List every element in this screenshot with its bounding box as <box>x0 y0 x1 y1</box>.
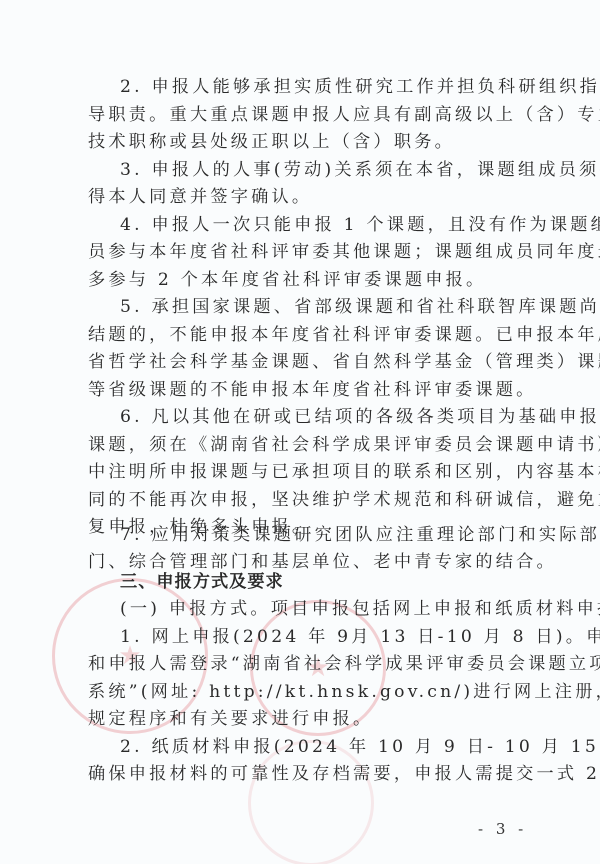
text-line: 同的不能再次申报，坚决维护学术规范和科研诚信，避免重 <box>88 489 520 511</box>
text-line: 员参与本年度省社科评审委其他课题；课题组成员同年度最 <box>88 241 520 263</box>
text-line: 4. 申报人一次只能申报 1 个课题，且没有作为课题组成 <box>120 214 520 236</box>
page-number: - 3 - <box>478 820 527 838</box>
document-page: ★ ★ 2. 申报人能够承担实质性研究工作并担负科研组织指 导职责。重大重点课题… <box>0 0 600 864</box>
text-line: 7. 应用对策类课题研究团队应注重理论部门和实际部 <box>120 524 520 546</box>
text-line: 1. 网上申报(2024 年 9月 13 日-10 月 8 日)。申报单位 <box>120 626 520 648</box>
text-line: 等省级课题的不能申报本年度省社科评审委课题。 <box>88 379 520 401</box>
text-line: 中注明所申报课题与已承担项目的联系和区别，内容基本相 <box>88 461 520 483</box>
text-line: 得本人同意并签字确认。 <box>88 186 520 208</box>
text-line: 确保申报材料的可靠性及存档需要，申报人需提交一式 2 份 <box>88 763 520 785</box>
section-heading: 三、申报方式及要求 <box>120 571 520 593</box>
text-line: 和申报人需登录“湖南省社会科学成果评审委员会课题立项 <box>88 653 520 675</box>
subsection-heading: (一) 申报方式。项目申报包括网上申报和纸质材料申报。 <box>120 598 520 620</box>
text-line: 课题，须在《湖南省社会科学成果评审委员会课题申请书》 <box>88 434 520 456</box>
text-line: 省哲学社会科学基金课题、省自然科学基金（管理类）课题 <box>88 351 520 373</box>
text-line: 多参与 2 个本年度省社科评审委课题申报。 <box>88 269 520 291</box>
text-line: 系统”(网址: http://kt.hnsk.gov.cn/)进行网上注册，按 <box>88 681 520 703</box>
text-line: 5. 承担国家课题、省部级课题和省社科联智库课题尚未 <box>120 296 520 318</box>
text-line: 规定程序和有关要求进行申报。 <box>88 708 520 730</box>
text-line: 3. 申报人的人事(劳动)关系须在本省，课题组成员须征 <box>120 159 520 181</box>
text-line: 结题的，不能申报本年度省社科评审委课题。已申报本年度 <box>88 324 520 346</box>
text-line: 2. 申报人能够承担实质性研究工作并担负科研组织指 <box>120 76 520 98</box>
text-line: 技术职称或县处级正职以上（含）职务。 <box>88 131 520 153</box>
text-line: 6. 凡以其他在研或已结项的各级各类项目为基础申报 <box>120 406 520 428</box>
text-line: 导职责。重大重点课题申报人应具有副高级以上（含）专业 <box>88 104 520 126</box>
text-line: 门、综合管理部门和基层单位、老中青专家的结合。 <box>88 551 520 573</box>
text-line: 2. 纸质材料申报(2024 年 10 月 9 日- 10 月 15 日)。为 <box>120 736 520 758</box>
official-seal-bottom <box>248 740 374 864</box>
